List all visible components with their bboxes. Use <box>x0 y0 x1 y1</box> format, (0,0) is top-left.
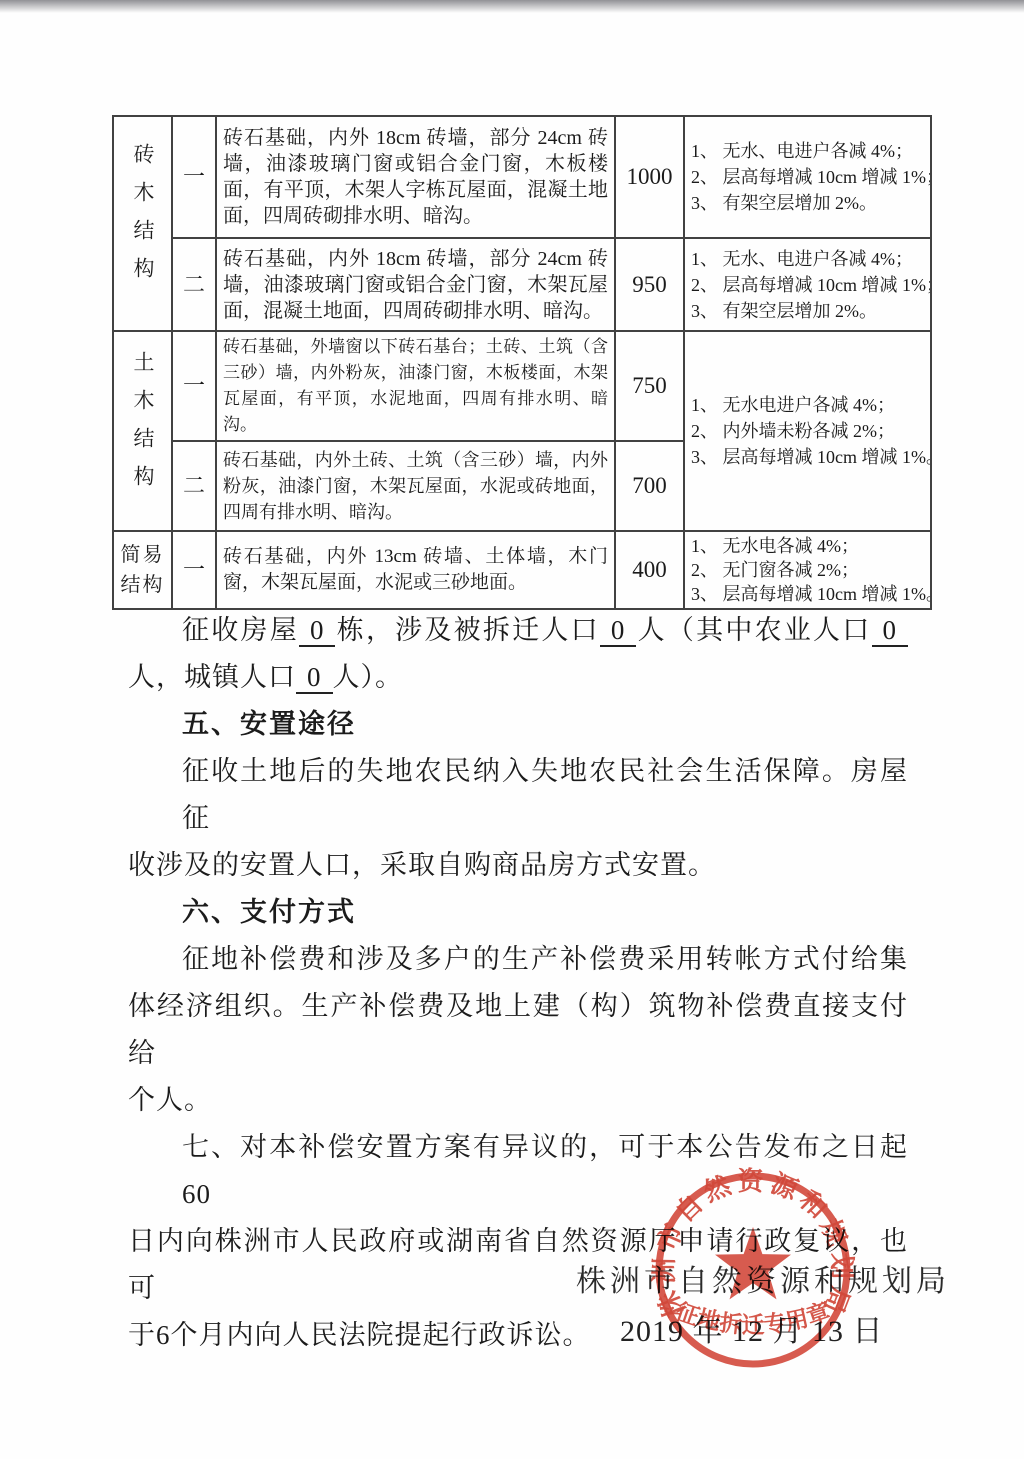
adjustment-line: 3、 层高每增减 10cm 增减 1%。 <box>691 444 924 470</box>
structure-category-label: 简易结构 <box>121 540 165 600</box>
adjustments-cell: 1、 无水电各减 4%； 2、 无门窗各减 2%； 3、 层高每增减 10cm … <box>684 531 931 609</box>
adjustment-line: 1、 无水电各减 4%； <box>691 534 924 558</box>
scan-shadow-band <box>0 0 1024 13</box>
seal-banner-text: 征地拆迁专用章 <box>673 1298 834 1338</box>
value-urban-population: 0 <box>296 662 333 694</box>
adjustment-line: 1、 无水、电进户各减 4%； <box>691 138 924 164</box>
grade-cell: 一 <box>172 331 216 441</box>
adjustment-line: 3、 有架空层增加 2%。 <box>691 190 924 216</box>
description-cell: 砖石基础，内外 13cm 砖墙、土体墙，木门窗，木架瓦屋面，水泥或三砂地面。 <box>216 531 615 609</box>
description-cell: 砖石基础，内外 18cm 砖墙，部分 24cm 砖墙，油漆玻璃门窗或铝合金门窗，… <box>216 116 615 238</box>
price-cell: 950 <box>615 238 684 331</box>
paragraph-line: 收涉及的安置人口，采取自购商品房方式安置。 <box>128 842 908 889</box>
adjustment-line: 3、 有架空层增加 2%。 <box>691 298 924 324</box>
text-segment: 人，城镇人口 <box>128 662 296 692</box>
adjustment-line: 2、 层高每增减 10cm 增减 1%； <box>691 272 924 298</box>
price-cell: 750 <box>615 331 684 441</box>
adjustment-line: 3、 层高每增减 10cm 增减 1%。 <box>691 582 924 606</box>
table-row: 简易结构 一 砖石基础，内外 13cm 砖墙、土体墙，木门窗，木架瓦屋面，水泥或… <box>113 531 931 609</box>
adjustment-line: 1、 无水电进户各减 4%； <box>691 392 924 418</box>
adjustments-cell: 1、 无水、电进户各减 4%； 2、 层高每增减 10cm 增减 1%； 3、 … <box>684 238 931 331</box>
text-segment: 人）。 <box>333 662 404 692</box>
table-row: 土木结构 一 砖石基础，外墙窗以下砖石基台；土砖、土筑（含三砂）墙，内外粉灰，油… <box>113 331 931 441</box>
price-cell: 1000 <box>615 116 684 238</box>
scanned-document-page: 砖木结构 一 砖石基础，内外 18cm 砖墙，部分 24cm 砖墙，油漆玻璃门窗… <box>0 0 1024 1459</box>
paragraph-line: 征收土地后的失地农民纳入失地农民社会生活保障。房屋征 <box>128 748 908 842</box>
value-houses-count: 0 <box>299 615 336 647</box>
price-cell: 700 <box>615 441 684 531</box>
adjustments-cell-merged: 1、 无水电进户各减 4%； 2、 内外墙未粉各减 2%； 3、 层高每增减 1… <box>684 331 931 531</box>
structure-category-cell: 土木结构 <box>113 331 172 531</box>
grade-cell: 一 <box>172 116 216 238</box>
value-relocated-population: 0 <box>600 615 637 647</box>
paragraph-line: 征地补偿费和涉及多户的生产补偿费采用转帐方式付给集 <box>128 936 908 983</box>
price-cell: 400 <box>615 531 684 609</box>
paragraph-line: 个人。 <box>128 1077 908 1124</box>
structure-category-cell: 简易结构 <box>113 531 172 609</box>
description-cell: 砖石基础，外墙窗以下砖石基台；土砖、土筑（含三砂）墙，内外粉灰，油漆门窗，木板楼… <box>216 331 615 441</box>
adjustments-cell: 1、 无水、电进户各减 4%； 2、 层高每增减 10cm 增减 1%； 3、 … <box>684 116 931 238</box>
grade-cell: 二 <box>172 441 216 531</box>
structure-category-cell: 砖木结构 <box>113 116 172 331</box>
adjustment-line: 2、 内外墙未粉各减 2%； <box>691 418 924 444</box>
section-heading-6: 六、支付方式 <box>128 889 908 936</box>
description-cell: 砖石基础，内外土砖、土筑（含三砂）墙，内外粉灰，油漆门窗，木架瓦屋面，水泥或砖地… <box>216 441 615 531</box>
grade-cell: 一 <box>172 531 216 609</box>
paragraph-line: 体经济组织。生产补偿费及地上建（构）筑物补偿费直接支付给 <box>128 983 908 1077</box>
compensation-standards-table: 砖木结构 一 砖石基础，内外 18cm 砖墙，部分 24cm 砖墙，油漆玻璃门窗… <box>112 115 932 610</box>
seal-star-icon <box>715 1227 791 1299</box>
paragraph-housing-counts: 征收房屋0栋，涉及被拆迁人口0人（其中农业人口0人，城镇人口0人）。 <box>128 607 908 701</box>
text-segment: 栋，涉及被拆迁人口 <box>335 615 599 645</box>
description-cell: 砖石基础，内外 18cm 砖墙，部分 24cm 砖墙，油漆玻璃门窗或铝合金门窗，… <box>216 238 615 331</box>
adjustment-line: 2、 层高每增减 10cm 增减 1%； <box>691 164 924 190</box>
value-agricultural-population: 0 <box>872 615 909 647</box>
grade-cell: 二 <box>172 238 216 331</box>
structure-category-label: 土木结构 <box>132 351 153 503</box>
table-row: 砖木结构 一 砖石基础，内外 18cm 砖墙，部分 24cm 砖墙，油漆玻璃门窗… <box>113 116 931 238</box>
section-heading-5: 五、安置途径 <box>128 701 908 748</box>
structure-category-label: 砖木结构 <box>132 143 153 295</box>
official-seal: 株洲市自然资源和规划局 征地拆迁专用章 <box>633 1150 873 1390</box>
adjustment-line: 2、 无门窗各减 2%； <box>691 558 924 582</box>
text-segment: 征收房屋 <box>182 615 299 645</box>
table-row: 二 砖石基础，内外 18cm 砖墙，部分 24cm 砖墙，油漆玻璃门窗或铝合金门… <box>113 238 931 331</box>
text-segment: 人（其中农业人口 <box>636 615 871 645</box>
adjustment-line: 1、 无水、电进户各减 4%； <box>691 246 924 272</box>
